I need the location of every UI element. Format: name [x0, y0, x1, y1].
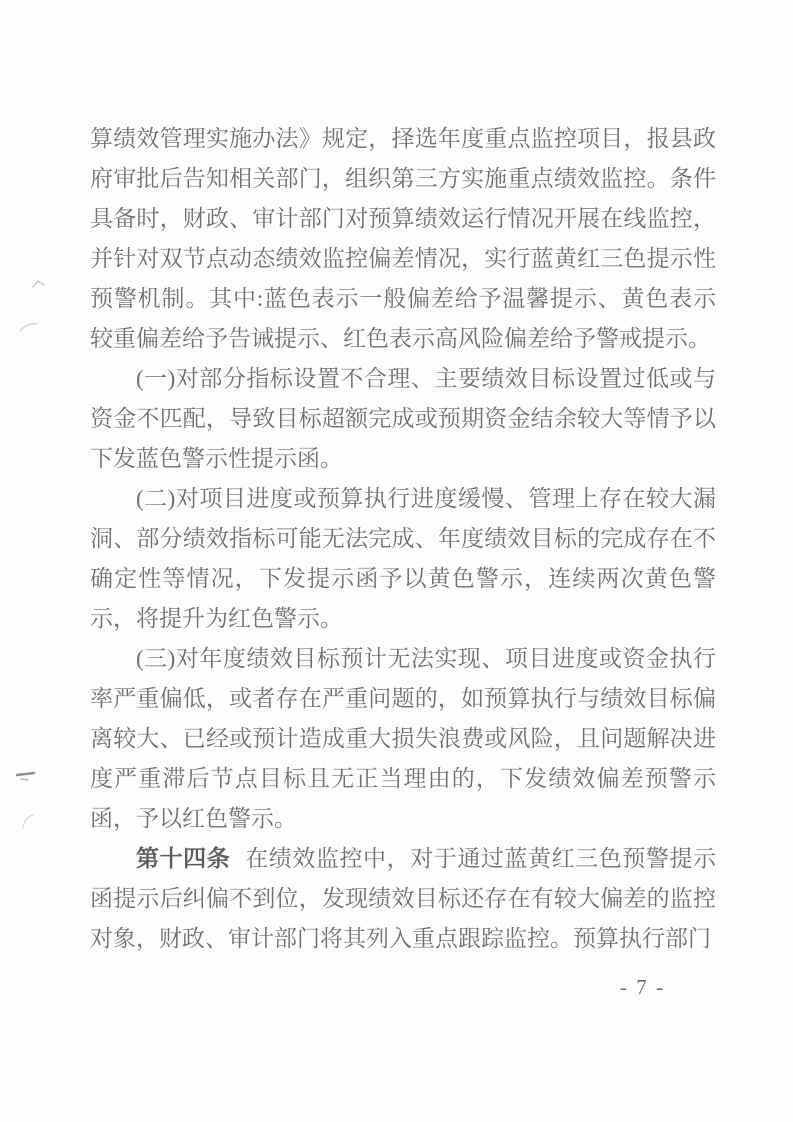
document-body: 算绩效管理实施办法》规定，择选年度重点监控项目，报县政府审批后告知相关部门，组织… [90, 119, 716, 959]
page-number: - 7 - [620, 974, 665, 1000]
paragraph-item-3-red-warning: (三)对年度绩效目标预计无法实现、项目进度或资金执行率严重偏低，或者存在严重问题… [90, 639, 716, 839]
paragraph-text: (三)对年度绩效目标预计无法实现、项目进度或资金执行率严重偏低，或者存在严重问题… [90, 646, 716, 831]
scan-artifact-dash-mark [16, 770, 38, 784]
scan-artifact-check-mark [32, 280, 46, 290]
paragraph-article-14: 第十四条在绩效监控中，对于通过蓝黄红三色预警提示函提示后纠偏不到位，发现绩效目标… [90, 839, 716, 959]
scan-artifact-curve-mark [19, 320, 39, 334]
paragraph-text: 算绩效管理实施办法》规定，择选年度重点监控项目，报县政府审批后告知相关部门，组织… [90, 126, 716, 351]
paragraph-continuation: 算绩效管理实施办法》规定，择选年度重点监控项目，报县政府审批后告知相关部门，组织… [90, 119, 716, 359]
paragraph-item-2-yellow-warning: (二)对项目进度或预算执行进度缓慢、管理上存在较大漏洞、部分绩效指标可能无法完成… [90, 479, 716, 639]
article-14-heading: 第十四条 [136, 846, 230, 871]
scanned-page: 算绩效管理实施办法》规定，择选年度重点监控项目，报县政府审批后告知相关部门，组织… [0, 0, 793, 1122]
paragraph-text: (二)对项目进度或预算执行进度缓慢、管理上存在较大漏洞、部分绩效指标可能无法完成… [90, 486, 716, 631]
paragraph-item-1-blue-warning: (一)对部分指标设置不合理、主要绩效目标设置过低或与资金不匹配，导致目标超额完成… [90, 359, 716, 479]
scan-artifact-faint-curve [21, 813, 37, 831]
paragraph-text: (一)对部分指标设置不合理、主要绩效目标设置过低或与资金不匹配，导致目标超额完成… [90, 366, 716, 471]
